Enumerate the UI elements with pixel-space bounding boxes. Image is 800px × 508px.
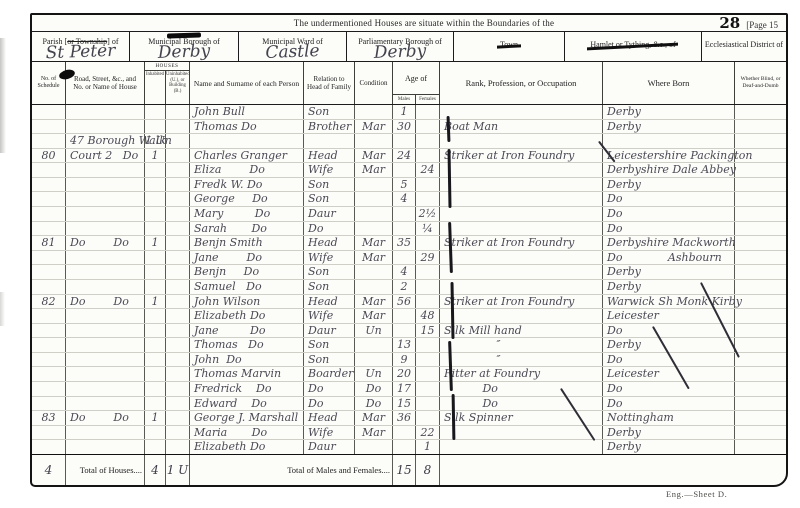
cell-age_m	[393, 222, 416, 236]
cell-relation: Son	[304, 192, 355, 206]
parliamentary-borough-value: Derby	[347, 41, 454, 63]
cell-name: Maria Do	[190, 426, 304, 440]
cell-uninh	[166, 105, 190, 119]
census-scan-page: { "banner": { "text": "The undermentione…	[0, 0, 800, 508]
cell-age_m: 13	[393, 338, 416, 352]
total-uninhabited: 1 U	[166, 455, 190, 485]
cell-inh: 1	[145, 411, 166, 425]
cell-name: Thomas Do	[190, 338, 304, 352]
table-row: Jane DoDaurUn15Silk Mill handDo	[32, 324, 786, 339]
cell-uninh	[166, 222, 190, 236]
cell-occupation	[440, 251, 603, 265]
cell-uninh	[166, 265, 190, 279]
cell-condition: Mar	[355, 426, 393, 440]
cell-occupation	[440, 426, 603, 440]
cell-street	[66, 397, 145, 411]
col-inhabited: Inhabited	[145, 71, 166, 104]
cell-schedule	[32, 163, 66, 177]
cell-born: Derbyshire Dale Abbey	[603, 163, 735, 177]
cell-born: Derbyshire Mackworth	[603, 236, 735, 250]
cell-age_f: 24	[416, 163, 440, 177]
table-row: 83Do Do1George J. MarshallHeadMar36Silk …	[32, 411, 786, 426]
cell-street	[66, 207, 145, 221]
cell-street	[66, 367, 145, 381]
table-row: Mary DoDaur2½Do	[32, 207, 786, 222]
cell-condition: Mar	[355, 251, 393, 265]
cell-uninh	[166, 411, 190, 425]
cell-inh	[145, 367, 166, 381]
cell-uninh	[166, 397, 190, 411]
col-name: Name and Surname of each Person	[190, 62, 304, 104]
cell-name: George J. Marshall	[190, 411, 304, 425]
table-row: Thomas DoSon13 ″Derby	[32, 338, 786, 353]
col-born: Where Born	[603, 62, 735, 104]
cell-schedule	[32, 134, 66, 148]
folio-number: 28	[719, 14, 740, 32]
hamlet-cell: Hamlet or Tything, &c., of	[565, 32, 702, 61]
cell-born: Do	[603, 207, 735, 221]
cell-uninh	[166, 382, 190, 396]
cell-age_f	[416, 397, 440, 411]
col-schedule: No. of Schedule	[32, 62, 66, 104]
col-blind: Whether Blind, or Deaf-and-Dumb	[735, 62, 786, 104]
cell-blind	[735, 149, 786, 163]
cell-schedule	[32, 207, 66, 221]
cell-schedule	[32, 324, 66, 338]
table-row: Thomas MarvinBoarderUn20Fitter at Foundr…	[32, 367, 786, 382]
cell-age_f	[416, 134, 440, 148]
cell-inh	[145, 397, 166, 411]
cell-age_m: 20	[393, 367, 416, 381]
table-row: Samuel DoSon2Derby	[32, 280, 786, 295]
cell-relation: Daur	[304, 440, 355, 454]
cell-age_f: 48	[416, 309, 440, 323]
cell-schedule	[32, 120, 66, 134]
cell-born: Derby	[603, 426, 735, 440]
cell-condition	[355, 134, 393, 148]
cell-age_m	[393, 251, 416, 265]
cell-age_f	[416, 338, 440, 352]
cell-age_f	[416, 295, 440, 309]
cell-condition	[355, 222, 393, 236]
cell-age_m: 4	[393, 265, 416, 279]
cell-uninh	[166, 353, 190, 367]
cell-blind	[735, 382, 786, 396]
municipal-borough-cell: Municipal Borough of Derby	[130, 32, 239, 61]
cell-relation: Head	[304, 236, 355, 250]
cell-occupation	[440, 105, 603, 119]
cell-uninh	[166, 178, 190, 192]
totals-row: 4 Total of Houses.... 4 1 U Total of Mal…	[32, 454, 786, 485]
totals-margin-note: 4	[32, 455, 66, 485]
cell-inh	[145, 382, 166, 396]
cell-street	[66, 192, 145, 206]
cell-occupation	[440, 280, 603, 294]
cell-age_f: 15	[416, 324, 440, 338]
cell-condition: Mar	[355, 149, 393, 163]
cell-occupation: ″	[440, 353, 603, 367]
cell-born: Derby	[603, 280, 735, 294]
cell-inh	[145, 265, 166, 279]
cell-uninh	[166, 295, 190, 309]
cell-age_f	[416, 192, 440, 206]
cell-uninh	[166, 134, 190, 148]
col-females: Females	[416, 95, 439, 104]
cell-blind	[735, 163, 786, 177]
cell-condition	[355, 105, 393, 119]
cell-blind	[735, 265, 786, 279]
cell-occupation: Fitter at Foundry	[440, 367, 603, 381]
table-row: 82Do Do1John WilsonHeadMar56Striker at I…	[32, 295, 786, 310]
cell-street	[66, 338, 145, 352]
cell-relation: Do	[304, 382, 355, 396]
cell-condition	[355, 338, 393, 352]
cell-relation: Wife	[304, 163, 355, 177]
cell-occupation: Do	[440, 382, 603, 396]
table-row: Fredk W. DoSon5Derby	[32, 178, 786, 193]
cell-born: Derby	[603, 440, 735, 454]
cell-street	[66, 251, 145, 265]
cell-blind	[735, 309, 786, 323]
table-row: Benjn DoSon4Derby	[32, 265, 786, 280]
cell-born: Derby	[603, 120, 735, 134]
cell-inh: 1	[145, 236, 166, 250]
cell-relation: Head	[304, 149, 355, 163]
parish-cell: Parish [or Township] of St Peter	[32, 32, 130, 61]
cell-relation: Boarder	[304, 367, 355, 381]
cell-condition: Mar	[355, 163, 393, 177]
cell-born: Do	[603, 324, 735, 338]
cell-occupation	[440, 207, 603, 221]
cell-occupation: Do	[440, 397, 603, 411]
cell-blind	[735, 411, 786, 425]
cell-relation: Son	[304, 280, 355, 294]
cell-name: Elizabeth Do	[190, 309, 304, 323]
cell-inh	[145, 207, 166, 221]
cell-born: Derby	[603, 105, 735, 119]
cell-uninh	[166, 280, 190, 294]
cell-age_f: 29	[416, 251, 440, 265]
cell-name: Jane Do	[190, 251, 304, 265]
table-row: George DoSon4Do	[32, 192, 786, 207]
municipal-borough-value: Derby	[130, 41, 239, 63]
cell-inh	[145, 309, 166, 323]
cell-occupation	[440, 440, 603, 454]
cell-age_m	[393, 426, 416, 440]
cell-inh: 1 Un	[145, 134, 166, 148]
cell-schedule	[32, 265, 66, 279]
cell-schedule	[32, 178, 66, 192]
cell-name: Benjn Do	[190, 265, 304, 279]
cell-street	[66, 280, 145, 294]
cell-street	[66, 163, 145, 177]
total-females: 8	[416, 455, 440, 485]
cell-relation: Son	[304, 265, 355, 279]
cell-condition	[355, 353, 393, 367]
cell-name: Fredk W. Do	[190, 178, 304, 192]
cell-schedule	[32, 440, 66, 454]
col-relation: Relation to Head of Family	[304, 62, 355, 104]
cell-blind	[735, 353, 786, 367]
parish-value: St Peter	[32, 41, 130, 63]
cell-born: Do	[603, 397, 735, 411]
cell-condition: Mar	[355, 411, 393, 425]
cell-schedule	[32, 222, 66, 236]
cell-relation: Wife	[304, 251, 355, 265]
cell-street: 47 Borough Walk	[66, 134, 145, 148]
cell-name: Thomas Marvin	[190, 367, 304, 381]
municipal-ward-value: Castle	[239, 41, 347, 63]
cell-age_m: 30	[393, 120, 416, 134]
cell-relation: Daur	[304, 207, 355, 221]
cell-condition	[355, 280, 393, 294]
cell-blind	[735, 178, 786, 192]
cell-age_m: 15	[393, 397, 416, 411]
cell-condition: Mar	[355, 309, 393, 323]
cell-age_m: 56	[393, 295, 416, 309]
cell-inh	[145, 105, 166, 119]
cell-age_f	[416, 367, 440, 381]
cell-name: Elizabeth Do	[190, 440, 304, 454]
cell-born: Derby	[603, 338, 735, 352]
table-row: 81Do Do1Benjn SmithHeadMar35Striker at I…	[32, 236, 786, 251]
cell-street	[66, 105, 145, 119]
cell-schedule: 83	[32, 411, 66, 425]
cell-relation: Son	[304, 353, 355, 367]
cell-age_f	[416, 178, 440, 192]
cell-street: Do Do	[66, 295, 145, 309]
cell-name: John Do	[190, 353, 304, 367]
col-age: Age of	[393, 62, 439, 94]
page-number-label: [Page 15	[746, 20, 778, 30]
cell-street: Do Do	[66, 236, 145, 250]
col-condition: Condition	[355, 62, 393, 104]
cell-blind	[735, 440, 786, 454]
cell-condition: Mar	[355, 236, 393, 250]
cell-inh	[145, 426, 166, 440]
col-age-group: Age of Males Females	[393, 62, 440, 104]
cell-blind	[735, 222, 786, 236]
cell-condition: Un	[355, 324, 393, 338]
cell-uninh	[166, 163, 190, 177]
col-houses-group: HOUSES Inhabited Uninhabited (U.), or Bu…	[145, 62, 190, 104]
cell-condition	[355, 440, 393, 454]
cell-street	[66, 178, 145, 192]
sheet-banner: The undermentioned Houses are situate wi…	[32, 15, 786, 32]
scan-smudge	[0, 38, 6, 153]
cell-relation: Son	[304, 338, 355, 352]
cell-age_f	[416, 105, 440, 119]
cell-blind	[735, 236, 786, 250]
cell-relation: Son	[304, 178, 355, 192]
cell-schedule	[32, 426, 66, 440]
total-persons-label: Total of Males and Females....	[190, 455, 393, 485]
table-row: Eliza DoWifeMar24Derbyshire Dale Abbey	[32, 163, 786, 178]
cell-schedule: 81	[32, 236, 66, 250]
cell-born: Warwick Sh Monk Kirby	[603, 295, 735, 309]
cell-relation	[304, 134, 355, 148]
cell-occupation: Boat Man	[440, 120, 603, 134]
cell-condition	[355, 192, 393, 206]
cell-name	[190, 134, 304, 148]
col-houses: HOUSES	[145, 62, 189, 71]
table-row: Thomas DoBrotherMar30Boat ManDerby	[32, 120, 786, 135]
cell-inh	[145, 192, 166, 206]
cell-age_f	[416, 382, 440, 396]
cell-name: George Do	[190, 192, 304, 206]
cell-relation: Wife	[304, 309, 355, 323]
cell-occupation	[440, 163, 603, 177]
cell-schedule	[32, 309, 66, 323]
table-row: Elizabeth DoDaur1Derby	[32, 440, 786, 454]
municipal-ward-cell: Municipal Ward of Castle	[239, 32, 347, 61]
cell-relation: Daur	[304, 324, 355, 338]
cell-occupation: Silk Spinner	[440, 411, 603, 425]
cell-inh	[145, 120, 166, 134]
cell-condition: Mar	[355, 120, 393, 134]
cell-blind	[735, 367, 786, 381]
total-males: 15	[393, 455, 416, 485]
cell-age_f	[416, 353, 440, 367]
cell-age_f	[416, 120, 440, 134]
cell-schedule	[32, 353, 66, 367]
cell-street: Court 2 Do	[66, 149, 145, 163]
cell-inh: 1	[145, 295, 166, 309]
folio-box: 28 [Page 15	[686, 14, 786, 32]
cell-street	[66, 382, 145, 396]
col-street: Road, Street, &c., and No. or Name of Ho…	[66, 62, 145, 104]
cell-age_m: 17	[393, 382, 416, 396]
cell-born: Do	[603, 382, 735, 396]
cell-relation: Do	[304, 222, 355, 236]
cell-born: Do	[603, 222, 735, 236]
cell-blind	[735, 251, 786, 265]
cell-street	[66, 324, 145, 338]
cell-occupation	[440, 178, 603, 192]
cell-condition	[355, 265, 393, 279]
census-rows: John BullSon1DerbyThomas DoBrotherMar30B…	[32, 105, 786, 454]
cell-occupation	[440, 192, 603, 206]
cell-age_m	[393, 324, 416, 338]
cell-inh	[145, 440, 166, 454]
cell-relation: Wife	[304, 426, 355, 440]
hamlet-label-struck: Hamlet or Tything, &c., of	[590, 41, 675, 50]
cell-name: Benjn Smith	[190, 236, 304, 250]
cell-schedule	[32, 367, 66, 381]
ecclesiastical-district-cell: Ecclesiastical District of	[702, 32, 786, 61]
cell-inh	[145, 324, 166, 338]
cell-schedule	[32, 105, 66, 119]
col-occupation: Rank, Profession, or Occupation	[440, 62, 603, 104]
engraver-note: Eng.—Sheet D.	[666, 489, 727, 499]
cell-age_f	[416, 236, 440, 250]
cell-occupation: Striker at Iron Foundry	[440, 149, 603, 163]
cell-name: Mary Do	[190, 207, 304, 221]
cell-street	[66, 120, 145, 134]
cell-age_f	[416, 149, 440, 163]
cell-occupation	[440, 222, 603, 236]
cell-schedule: 82	[32, 295, 66, 309]
table-row: Elizabeth DoWifeMar48Leicester	[32, 309, 786, 324]
cell-age_f: 1	[416, 440, 440, 454]
cell-age_m: 24	[393, 149, 416, 163]
cell-uninh	[166, 207, 190, 221]
cell-schedule	[32, 251, 66, 265]
cell-born: Derby	[603, 178, 735, 192]
cell-blind	[735, 105, 786, 119]
cell-born	[603, 134, 735, 148]
cell-blind	[735, 280, 786, 294]
cell-uninh	[166, 338, 190, 352]
cell-condition: Do	[355, 397, 393, 411]
cell-occupation: Silk Mill hand	[440, 324, 603, 338]
cell-uninh	[166, 120, 190, 134]
table-row: John BullSon1Derby	[32, 105, 786, 120]
cell-uninh	[166, 192, 190, 206]
cell-blind	[735, 426, 786, 440]
cell-born: Nottingham	[603, 411, 735, 425]
parliamentary-borough-cell: Parliamentary Borough of Derby	[347, 32, 454, 61]
cell-name: Eliza Do	[190, 163, 304, 177]
cell-schedule	[32, 192, 66, 206]
cell-name: Jane Do	[190, 324, 304, 338]
table-row: 80Court 2 Do1Charles GrangerHeadMar24Str…	[32, 149, 786, 164]
cell-inh: 1	[145, 149, 166, 163]
cell-schedule	[32, 382, 66, 396]
cell-uninh	[166, 251, 190, 265]
totals-blank	[440, 455, 786, 485]
district-header: Parish [or Township] of St Peter Municip…	[32, 32, 786, 62]
cell-street	[66, 353, 145, 367]
cell-uninh	[166, 324, 190, 338]
cell-street	[66, 426, 145, 440]
cell-age_f	[416, 280, 440, 294]
cell-born: Leicester	[603, 309, 735, 323]
cell-blind	[735, 207, 786, 221]
cell-age_m: 2	[393, 280, 416, 294]
cell-relation: Son	[304, 105, 355, 119]
cell-name: Edward Do	[190, 397, 304, 411]
cell-inh	[145, 338, 166, 352]
cell-condition: Mar	[355, 295, 393, 309]
cell-inh	[145, 280, 166, 294]
banner-text: The undermentioned Houses are situate wi…	[32, 18, 686, 28]
cell-age_m: 35	[393, 236, 416, 250]
cell-blind	[735, 134, 786, 148]
cell-occupation	[440, 265, 603, 279]
table-row: Sarah DoDo¼Do	[32, 222, 786, 237]
table-row: Edward DoDoDo15 DoDo	[32, 397, 786, 412]
cell-street	[66, 440, 145, 454]
cell-occupation: ″	[440, 338, 603, 352]
total-inhabited: 4	[145, 455, 166, 485]
cell-uninh	[166, 367, 190, 381]
total-houses-label: Total of Houses....	[66, 455, 145, 485]
cell-uninh	[166, 440, 190, 454]
cell-uninh	[166, 309, 190, 323]
census-form-frame: The undermentioned Houses are situate wi…	[30, 13, 788, 487]
cell-name: Samuel Do	[190, 280, 304, 294]
cell-condition	[355, 178, 393, 192]
ecclesiastical-district-label: Ecclesiastical District of	[705, 40, 783, 49]
cell-condition: Do	[355, 382, 393, 396]
cell-age_f: 22	[416, 426, 440, 440]
cell-uninh	[166, 426, 190, 440]
cell-blind	[735, 192, 786, 206]
col-males: Males	[393, 95, 416, 104]
cell-occupation	[440, 309, 603, 323]
cell-occupation: Striker at Iron Foundry	[440, 295, 603, 309]
